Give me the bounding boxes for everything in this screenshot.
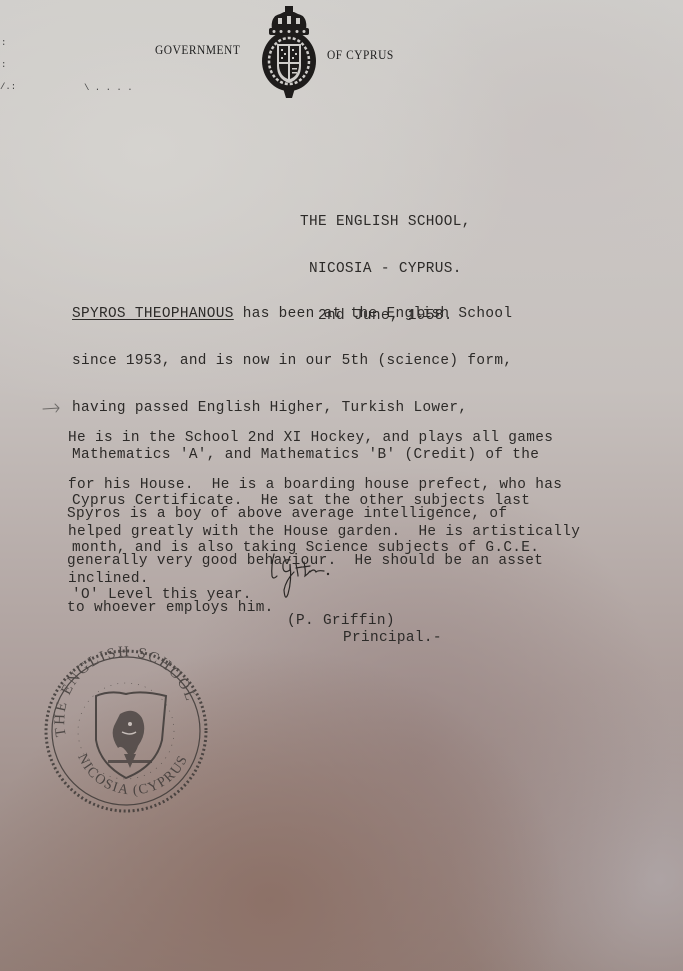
pencil-arrow-icon — [42, 402, 64, 414]
school-seal-stamp: THE ENGLISH SCHOOL NICOSIA (CYPRUS) — [38, 636, 210, 818]
margin-mark: /.: — [0, 82, 16, 92]
paragraph-line: SPYROS THEOPHANOUS has been at the Engli… — [72, 307, 539, 323]
handwritten-signature — [268, 550, 338, 605]
margin-mark: : — [1, 60, 6, 70]
royal-coat-of-arms-icon — [258, 6, 320, 100]
signatory-name: (P. Griffin) — [287, 614, 395, 630]
address-line-1: THE ENGLISH SCHOOL, — [300, 215, 471, 231]
letterhead-of-cyprus: OF CYPRUS — [327, 47, 394, 63]
margin-mark: : — [1, 38, 6, 48]
paragraph-line: since 1953, and is now in our 5th (scien… — [72, 354, 539, 370]
margin-mark: \ . . . . — [84, 83, 133, 93]
signatory-title: Principal.- — [343, 631, 442, 647]
student-name: SPYROS THEOPHANOUS — [72, 306, 234, 322]
paragraph-line: He is in the School 2nd XI Hockey, and p… — [68, 431, 580, 447]
letterhead-government: GOVERNMENT — [155, 42, 240, 58]
paragraph-line: Spyros is a boy of above average intelli… — [67, 507, 543, 523]
